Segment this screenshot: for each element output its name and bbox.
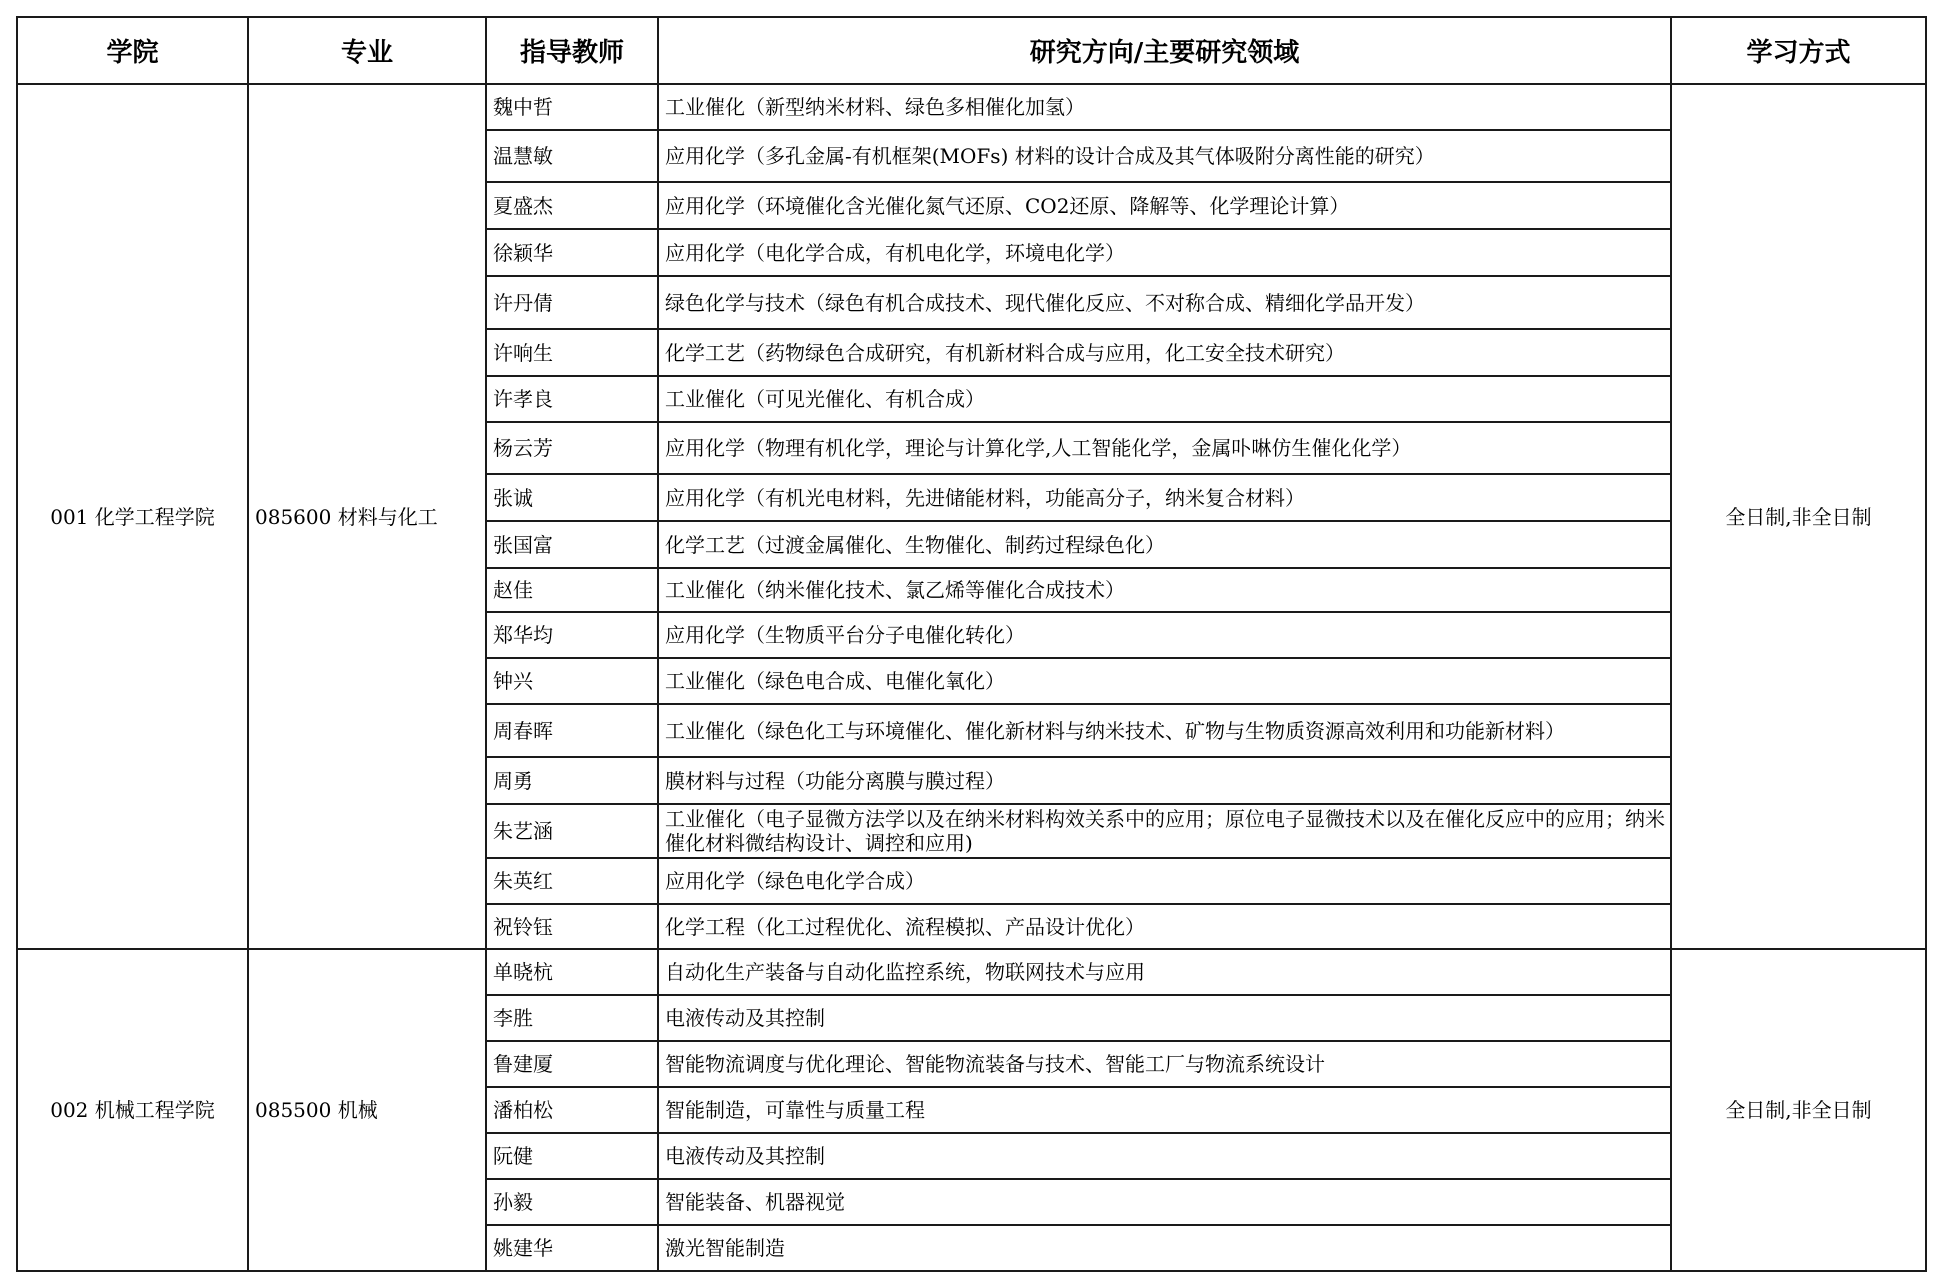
research-cell: 激光智能制造 — [658, 1225, 1671, 1271]
advisor-cell: 温慧敏 — [486, 130, 658, 182]
header-college: 学院 — [17, 17, 248, 84]
header-research: 研究方向/主要研究领域 — [658, 17, 1671, 84]
research-cell: 工业催化（纳米催化技术、氯乙烯等催化合成技术） — [658, 568, 1671, 612]
table-row: 001 化学工程学院085600 材料与化工魏中哲工业催化（新型纳米材料、绿色多… — [17, 84, 1926, 130]
advisor-cell: 徐颖华 — [486, 229, 658, 276]
advisor-cell: 潘柏松 — [486, 1087, 658, 1133]
header-row: 学院 专业 指导教师 研究方向/主要研究领域 学习方式 — [17, 17, 1926, 84]
research-cell: 应用化学（物理有机化学，理论与计算化学,人工智能化学，金属卟啉仿生催化化学） — [658, 422, 1671, 474]
research-cell: 应用化学（绿色电化学合成） — [658, 858, 1671, 904]
advisor-cell: 周春晖 — [486, 704, 658, 757]
advisor-cell: 夏盛杰 — [486, 182, 658, 229]
advisor-cell: 赵佳 — [486, 568, 658, 612]
advisor-cell: 张国富 — [486, 521, 658, 568]
research-cell: 化学工程（化工过程优化、流程模拟、产品设计优化） — [658, 904, 1671, 949]
research-cell: 工业催化（可见光催化、有机合成） — [658, 376, 1671, 422]
advisor-cell: 许孝良 — [486, 376, 658, 422]
table-row: 002 机械工程学院085500 机械单晓杭自动化生产装备与自动化监控系统，物联… — [17, 949, 1926, 995]
study-mode-cell: 全日制,非全日制 — [1671, 84, 1926, 949]
research-cell: 应用化学（生物质平台分子电催化转化） — [658, 612, 1671, 658]
research-cell: 自动化生产装备与自动化监控系统，物联网技术与应用 — [658, 949, 1671, 995]
advisor-cell: 杨云芳 — [486, 422, 658, 474]
major-cell: 085500 机械 — [248, 949, 486, 1271]
research-cell: 应用化学（多孔金属-有机框架(MOFs) 材料的设计合成及其气体吸附分离性能的研… — [658, 130, 1671, 182]
advisor-cell: 周勇 — [486, 757, 658, 804]
advisor-cell: 姚建华 — [486, 1225, 658, 1271]
advisor-cell: 李胜 — [486, 995, 658, 1041]
advisor-table: 学院 专业 指导教师 研究方向/主要研究领域 学习方式 001 化学工程学院08… — [16, 16, 1927, 1272]
research-cell: 工业催化（绿色电合成、电催化氧化） — [658, 658, 1671, 704]
advisor-cell: 单晓杭 — [486, 949, 658, 995]
research-cell: 电液传动及其控制 — [658, 995, 1671, 1041]
advisor-cell: 阮健 — [486, 1133, 658, 1179]
research-cell: 工业催化（新型纳米材料、绿色多相催化加氢） — [658, 84, 1671, 130]
advisor-cell: 许响生 — [486, 329, 658, 376]
header-study-mode: 学习方式 — [1671, 17, 1926, 84]
research-cell: 智能装备、机器视觉 — [658, 1179, 1671, 1225]
research-cell: 工业催化（电子显微方法学以及在纳米材料构效关系中的应用；原位电子显微技术以及在催… — [658, 804, 1671, 858]
advisor-cell: 鲁建厦 — [486, 1041, 658, 1087]
major-cell: 085600 材料与化工 — [248, 84, 486, 949]
research-cell: 膜材料与过程（功能分离膜与膜过程） — [658, 757, 1671, 804]
research-cell: 智能制造，可靠性与质量工程 — [658, 1087, 1671, 1133]
research-cell: 化学工艺（过渡金属催化、生物催化、制药过程绿色化） — [658, 521, 1671, 568]
advisor-cell: 朱艺涵 — [486, 804, 658, 858]
research-cell: 智能物流调度与优化理论、智能物流装备与技术、智能工厂与物流系统设计 — [658, 1041, 1671, 1087]
college-cell: 002 机械工程学院 — [17, 949, 248, 1271]
advisor-cell: 钟兴 — [486, 658, 658, 704]
advisor-cell: 祝铃钰 — [486, 904, 658, 949]
study-mode-cell: 全日制,非全日制 — [1671, 949, 1926, 1271]
header-major: 专业 — [248, 17, 486, 84]
research-cell: 应用化学（有机光电材料，先进储能材料，功能高分子，纳米复合材料） — [658, 474, 1671, 521]
research-cell: 化学工艺（药物绿色合成研究，有机新材料合成与应用，化工安全技术研究） — [658, 329, 1671, 376]
advisor-cell: 魏中哲 — [486, 84, 658, 130]
research-cell: 应用化学（电化学合成，有机电化学，环境电化学） — [658, 229, 1671, 276]
research-cell: 绿色化学与技术（绿色有机合成技术、现代催化反应、不对称合成、精细化学品开发） — [658, 276, 1671, 329]
table-body: 001 化学工程学院085600 材料与化工魏中哲工业催化（新型纳米材料、绿色多… — [17, 84, 1926, 1271]
advisor-cell: 孙毅 — [486, 1179, 658, 1225]
advisor-cell: 许丹倩 — [486, 276, 658, 329]
advisor-cell: 朱英红 — [486, 858, 658, 904]
college-cell: 001 化学工程学院 — [17, 84, 248, 949]
header-advisor: 指导教师 — [486, 17, 658, 84]
advisor-cell: 张诚 — [486, 474, 658, 521]
research-cell: 工业催化（绿色化工与环境催化、催化新材料与纳米技术、矿物与生物质资源高效利用和功… — [658, 704, 1671, 757]
research-cell: 电液传动及其控制 — [658, 1133, 1671, 1179]
research-cell: 应用化学（环境催化含光催化氮气还原、CO2还原、降解等、化学理论计算） — [658, 182, 1671, 229]
advisor-cell: 郑华均 — [486, 612, 658, 658]
